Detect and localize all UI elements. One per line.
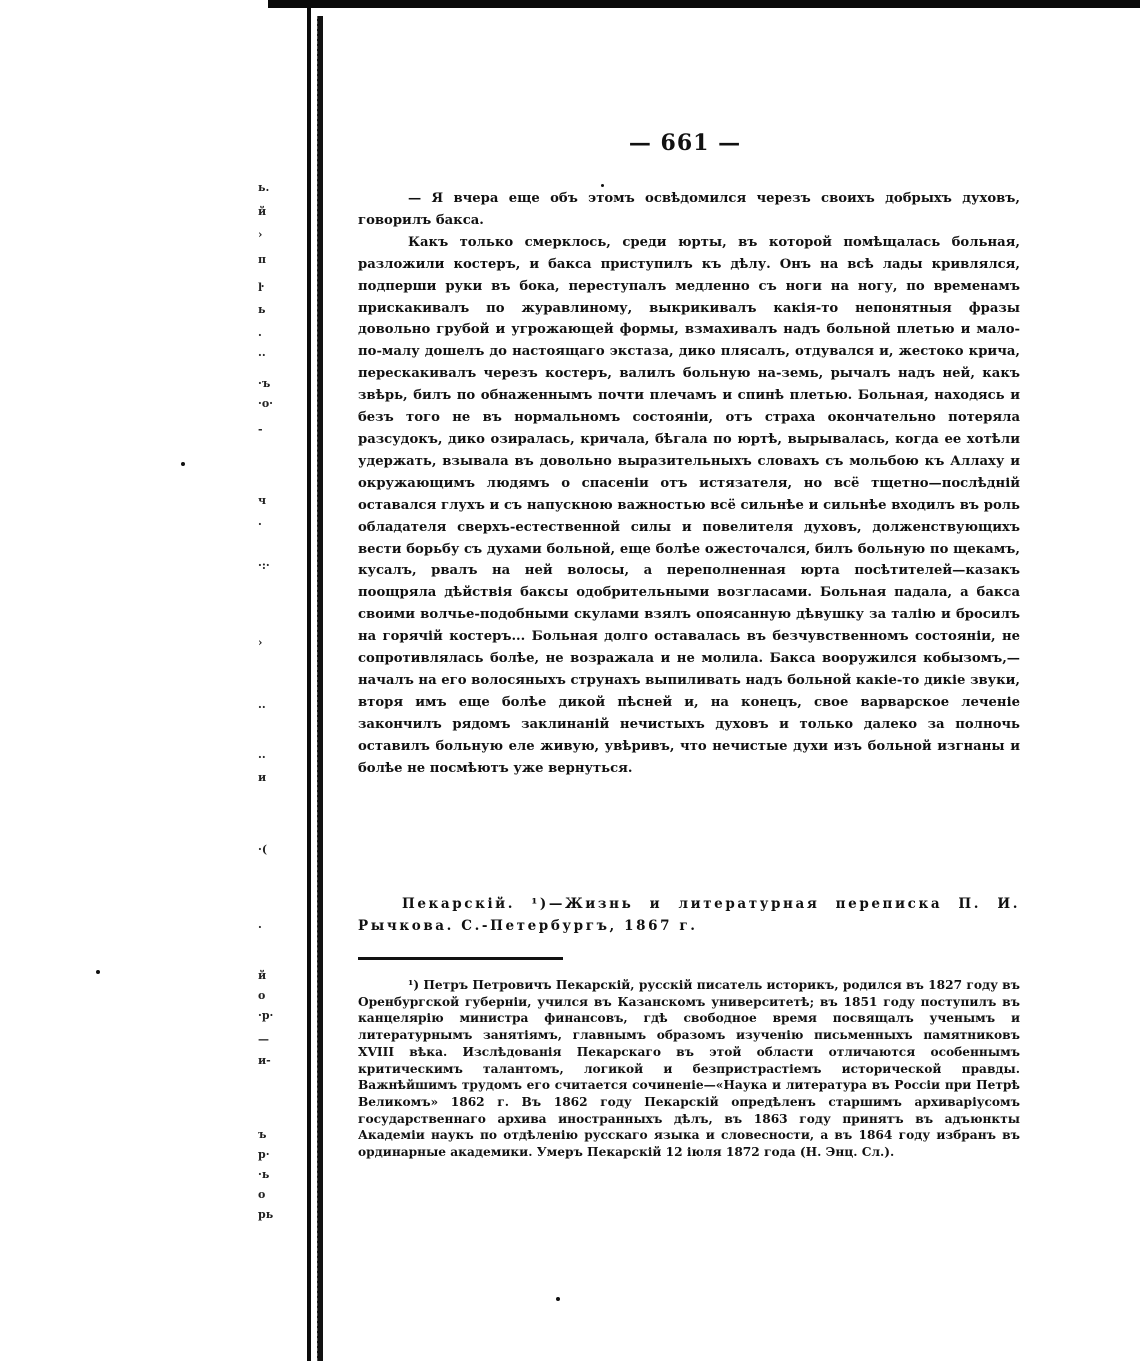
margin-fragment: й (258, 206, 266, 217)
margin-fragment: ·· (258, 350, 266, 361)
margin-fragment: и- (258, 1055, 271, 1066)
margin-fragment: й (258, 970, 266, 981)
margin-fragment: › (258, 637, 262, 648)
margin-fragment: · (258, 519, 262, 530)
margin-fragment: ·ь (258, 1169, 269, 1180)
page-gutter-edge (317, 16, 323, 1361)
margin-fragment: ·ъ (258, 378, 270, 389)
footnote: ¹) Петръ Петровичъ Пекарскій, русскій пи… (358, 977, 1020, 1161)
scan-speck (181, 462, 185, 466)
margin-fragment: о (258, 1189, 265, 1200)
margin-fragment: ь (258, 304, 265, 315)
margin-fragment: · (258, 922, 262, 933)
margin-fragment: ·· (258, 752, 266, 763)
margin-fragment: ŀ (258, 282, 262, 293)
scan-speck (601, 184, 604, 187)
book-spine-edge (307, 5, 311, 1361)
margin-fragment: и (258, 772, 266, 783)
citation-text: Пекарскій. ¹)—Жизнь и литературная переп… (358, 893, 1020, 937)
margin-fragment: ·( (258, 844, 267, 855)
margin-fragment: — (258, 1034, 269, 1045)
bibliographic-citation: Пекарскій. ¹)—Жизнь и литературная переп… (358, 893, 1020, 937)
margin-fragment: ·· (258, 702, 266, 713)
margin-fragment: ъ (258, 1129, 266, 1140)
main-text: — Я вчера еще объ этомъ освѣдомился чере… (358, 188, 1020, 779)
margin-fragment: - (258, 424, 263, 435)
margin-fragment: р· (258, 1149, 270, 1160)
margin-fragment: ь. (258, 182, 269, 193)
margin-fragment: п (258, 254, 266, 265)
paragraph: Какъ только смерклось, среди юрты, въ ко… (358, 232, 1020, 780)
scan-top-edge (268, 0, 1140, 8)
margin-fragment: · (258, 330, 262, 341)
scan-speck (96, 970, 100, 974)
paragraph: — Я вчера еще объ этомъ освѣдомился чере… (358, 188, 1020, 232)
footnote-text: ¹) Петръ Петровичъ Пекарскій, русскій пи… (358, 977, 1020, 1161)
page-number: — 661 — (0, 130, 1140, 156)
margin-fragment: › (258, 229, 262, 240)
margin-fragment: о (258, 990, 265, 1001)
margin-fragment: ·о· (258, 398, 273, 409)
margin-fragment: ·р· (258, 1010, 273, 1021)
footnote-separator (358, 957, 563, 960)
margin-fragment: ·:· (258, 560, 270, 571)
scan-speck (556, 1297, 560, 1301)
margin-fragment: ч (258, 495, 266, 506)
margin-fragment: рь (258, 1209, 273, 1220)
